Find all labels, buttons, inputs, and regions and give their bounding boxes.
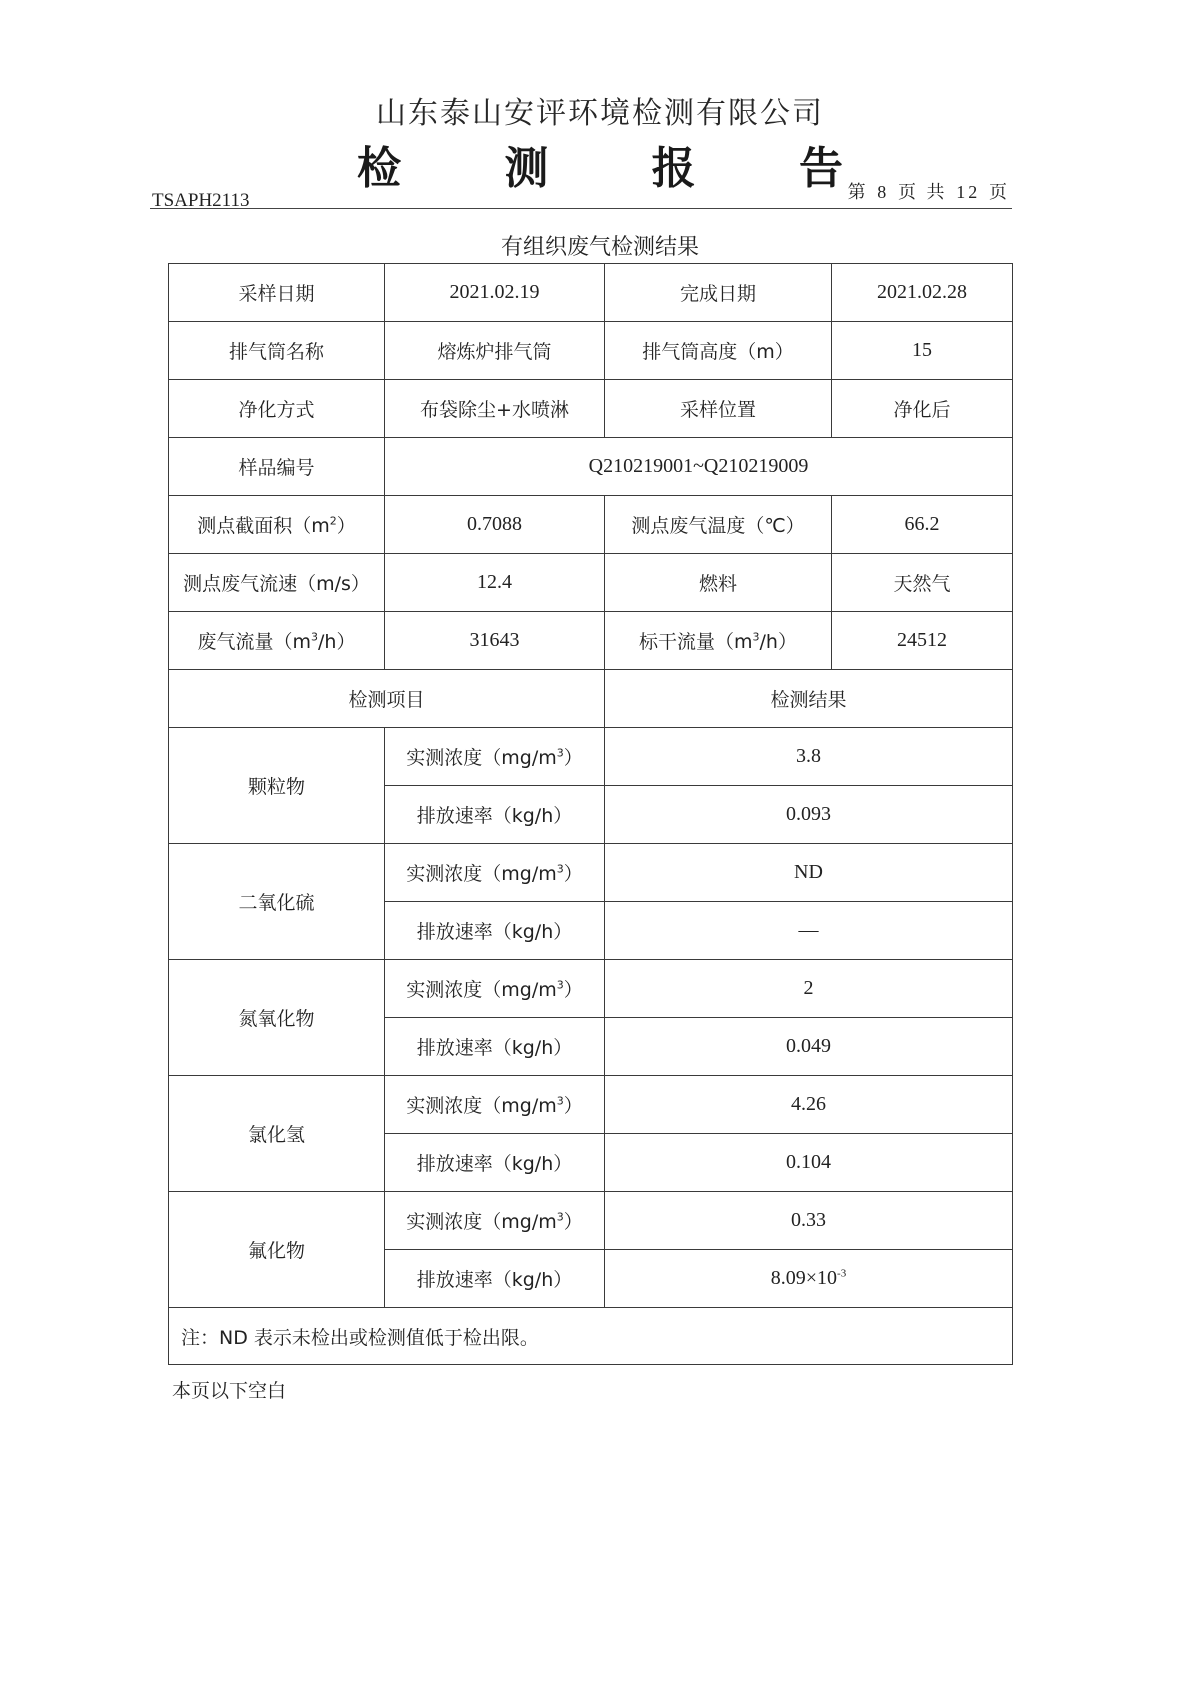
stack-height-label: 排气筒高度（m） bbox=[605, 322, 832, 380]
rate-value: 0.104 bbox=[605, 1134, 1013, 1192]
concentration-label: 实测浓度（mg/m3） bbox=[385, 728, 605, 786]
blank-below-note: 本页以下空白 bbox=[172, 1376, 286, 1403]
stack-name: 熔炼炉排气筒 bbox=[385, 322, 605, 380]
page-suffix: 页 bbox=[989, 182, 1010, 202]
table-row: 净化方式 布袋除尘+水喷淋 采样位置 净化后 bbox=[169, 380, 1013, 438]
company-name: 山东泰山安评环境检测有限公司 bbox=[0, 88, 1200, 132]
sampling-position-label: 采样位置 bbox=[605, 380, 832, 438]
table-row: 样品编号 Q210219001~Q210219009 bbox=[169, 438, 1013, 496]
table-row: 氟化物 实测浓度（mg/m3） 0.33 bbox=[169, 1192, 1013, 1250]
concentration-value: 3.8 bbox=[605, 728, 1013, 786]
rate-value: 0.049 bbox=[605, 1018, 1013, 1076]
report-title: 检 测 报 告 bbox=[0, 132, 1200, 196]
table-row: 氮氧化物 实测浓度（mg/m3） 2 bbox=[169, 960, 1013, 1018]
concentration-label: 实测浓度（mg/m3） bbox=[385, 844, 605, 902]
pollutant-name: 颗粒物 bbox=[169, 728, 385, 844]
pollutant-name: 二氧化硫 bbox=[169, 844, 385, 960]
purification-method: 布袋除尘+水喷淋 bbox=[385, 380, 605, 438]
cross-section-label: 测点截面积（m2） bbox=[169, 496, 385, 554]
page-total: 12 bbox=[956, 182, 980, 202]
rate-value: 0.093 bbox=[605, 786, 1013, 844]
rate-label: 排放速率（kg/h） bbox=[385, 902, 605, 960]
table-row: 测点截面积（m2） 0.7088 测点废气温度（℃） 66.2 bbox=[169, 496, 1013, 554]
stack-height: 15 bbox=[832, 322, 1013, 380]
completion-date: 2021.02.28 bbox=[832, 264, 1013, 322]
gas-temp-label: 测点废气温度（℃） bbox=[605, 496, 832, 554]
rate-label: 排放速率（kg/h） bbox=[385, 1250, 605, 1308]
page-prefix: 第 bbox=[848, 182, 869, 202]
concentration-value: ND bbox=[605, 844, 1013, 902]
cross-section: 0.7088 bbox=[385, 496, 605, 554]
rate-label: 排放速率（kg/h） bbox=[385, 786, 605, 844]
flow-velocity: 12.4 bbox=[385, 554, 605, 612]
purification-label: 净化方式 bbox=[169, 380, 385, 438]
rate-label: 排放速率（kg/h） bbox=[385, 1134, 605, 1192]
rate-value: — bbox=[605, 902, 1013, 960]
rate-label: 排放速率（kg/h） bbox=[385, 1018, 605, 1076]
concentration-label: 实测浓度（mg/m3） bbox=[385, 1076, 605, 1134]
fuel: 天然气 bbox=[832, 554, 1013, 612]
fuel-label: 燃料 bbox=[605, 554, 832, 612]
concentration-label: 实测浓度（mg/m3） bbox=[385, 960, 605, 1018]
note-row: 注：ND 表示未检出或检测值低于检出限。 bbox=[169, 1308, 1013, 1365]
stack-name-label: 排气筒名称 bbox=[169, 322, 385, 380]
pollutant-name: 氟化物 bbox=[169, 1192, 385, 1308]
std-dry-flow-label: 标干流量（m3/h） bbox=[605, 612, 832, 670]
table-row: 采样日期 2021.02.19 完成日期 2021.02.28 bbox=[169, 264, 1013, 322]
gas-temp: 66.2 bbox=[832, 496, 1013, 554]
sampling-date: 2021.02.19 bbox=[385, 264, 605, 322]
table-row: 废气流量（m3/h） 31643 标干流量（m3/h） 24512 bbox=[169, 612, 1013, 670]
note-text: 注：ND 表示未检出或检测值低于检出限。 bbox=[169, 1308, 1013, 1365]
header-divider bbox=[150, 208, 1012, 209]
page-current: 8 bbox=[877, 182, 889, 202]
results-header-row: 检测项目 检测结果 bbox=[169, 670, 1013, 728]
concentration-label: 实测浓度（mg/m3） bbox=[385, 1192, 605, 1250]
gas-flow: 31643 bbox=[385, 612, 605, 670]
page-indicator: 第 8 页 共 12 页 bbox=[848, 178, 1010, 204]
concentration-value: 0.33 bbox=[605, 1192, 1013, 1250]
table-title: 有组织废气检测结果 bbox=[0, 230, 1200, 261]
table-row: 二氧化硫 实测浓度（mg/m3） ND bbox=[169, 844, 1013, 902]
sampling-position: 净化后 bbox=[832, 380, 1013, 438]
results-table: 采样日期 2021.02.19 完成日期 2021.02.28 排气筒名称 熔炼… bbox=[168, 263, 1013, 1365]
concentration-value: 4.26 bbox=[605, 1076, 1013, 1134]
completion-date-label: 完成日期 bbox=[605, 264, 832, 322]
std-dry-flow: 24512 bbox=[832, 612, 1013, 670]
sample-no: Q210219001~Q210219009 bbox=[385, 438, 1013, 496]
item-header: 检测项目 bbox=[169, 670, 605, 728]
page-mid: 页 共 bbox=[898, 182, 948, 202]
table-row: 测点废气流速（m/s） 12.4 燃料 天然气 bbox=[169, 554, 1013, 612]
table-row: 排气筒名称 熔炼炉排气筒 排气筒高度（m） 15 bbox=[169, 322, 1013, 380]
table-row: 氯化氢 实测浓度（mg/m3） 4.26 bbox=[169, 1076, 1013, 1134]
sampling-date-label: 采样日期 bbox=[169, 264, 385, 322]
result-header: 检测结果 bbox=[605, 670, 1013, 728]
concentration-value: 2 bbox=[605, 960, 1013, 1018]
table-row: 颗粒物 实测浓度（mg/m3） 3.8 bbox=[169, 728, 1013, 786]
pollutant-name: 氯化氢 bbox=[169, 1076, 385, 1192]
sample-no-label: 样品编号 bbox=[169, 438, 385, 496]
flow-velocity-label: 测点废气流速（m/s） bbox=[169, 554, 385, 612]
pollutant-name: 氮氧化物 bbox=[169, 960, 385, 1076]
rate-value: 8.09×10-3 bbox=[605, 1250, 1013, 1308]
gas-flow-label: 废气流量（m3/h） bbox=[169, 612, 385, 670]
